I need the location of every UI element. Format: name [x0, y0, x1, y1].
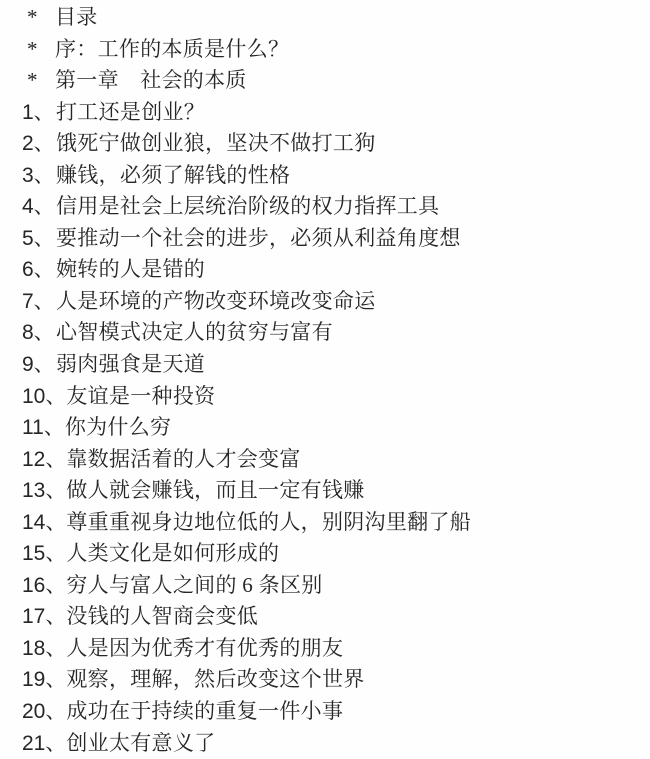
toc-item-line: 4、信用是社会上层统治阶级的权力指挥工具 — [22, 191, 642, 223]
line-text: 创业太有意义了 — [66, 731, 215, 755]
line-text: 目录 — [55, 5, 98, 29]
toc-item-line: 13、做人就会赚钱，而且一定有钱赚 — [22, 475, 642, 507]
toc-item-line: 8、心智模式决定人的贫穷与富有 — [22, 317, 642, 349]
bullet-marker: * — [27, 34, 55, 66]
item-number: 8、 — [22, 317, 56, 349]
item-number: 7、 — [22, 286, 56, 318]
line-text: 人类文化是如何形成的 — [66, 541, 279, 565]
line-text: 婉转的人是错的 — [56, 257, 205, 281]
item-number: 11、 — [22, 412, 65, 444]
line-text: 没钱的人智商会变低 — [66, 604, 258, 628]
toc-line-list: *目录*序：工作的本质是什么？*第一章 社会的本质1、打工还是创业？2、饿死宁做… — [22, 2, 642, 759]
line-text: 尊重重视身边地位低的人，别阴沟里翻了船 — [66, 510, 471, 534]
toc-item-line: 6、婉转的人是错的 — [22, 254, 642, 286]
toc-item-line: 9、弱肉强食是天道 — [22, 349, 642, 381]
line-text: 人是因为优秀才有优秀的朋友 — [66, 636, 343, 660]
toc-page: *目录*序：工作的本质是什么？*第一章 社会的本质1、打工还是创业？2、饿死宁做… — [0, 0, 650, 759]
line-text: 成功在于持续的重复一件小事 — [66, 699, 343, 723]
bullet-marker: * — [27, 2, 55, 34]
toc-item-line: 19、观察，理解，然后改变这个世界 — [22, 664, 642, 696]
toc-heading-line: *序：工作的本质是什么？ — [22, 34, 642, 66]
item-number: 10、 — [22, 381, 66, 413]
toc-item-line: 10、友谊是一种投资 — [22, 381, 642, 413]
line-text: 人是环境的产物改变环境改变命运 — [56, 289, 376, 313]
item-number: 21、 — [22, 728, 66, 759]
toc-item-line: 21、创业太有意义了 — [22, 728, 642, 759]
line-text: 观察，理解，然后改变这个世界 — [66, 667, 364, 691]
line-text: 你为什么穷 — [65, 415, 172, 439]
toc-item-line: 5、要推动一个社会的进步，必须从利益角度想 — [22, 223, 642, 255]
item-number: 18、 — [22, 633, 66, 665]
item-number: 12、 — [22, 444, 66, 476]
toc-item-line: 12、靠数据活着的人才会变富 — [22, 444, 642, 476]
item-number: 14、 — [22, 507, 66, 539]
toc-item-line: 14、尊重重视身边地位低的人，别阴沟里翻了船 — [22, 507, 642, 539]
toc-item-line: 16、穷人与富人之间的 6 条区别 — [22, 570, 642, 602]
line-text: 赚钱，必须了解钱的性格 — [56, 163, 290, 187]
item-number: 5、 — [22, 223, 56, 255]
item-number: 17、 — [22, 601, 66, 633]
item-number: 3、 — [22, 160, 56, 192]
toc-item-line: 17、没钱的人智商会变低 — [22, 601, 642, 633]
toc-item-line: 3、赚钱，必须了解钱的性格 — [22, 160, 642, 192]
toc-item-line: 20、成功在于持续的重复一件小事 — [22, 696, 642, 728]
toc-item-line: 7、人是环境的产物改变环境改变命运 — [22, 286, 642, 318]
bullet-marker: * — [27, 65, 55, 97]
item-number: 1、 — [22, 97, 56, 129]
toc-item-line: 15、人类文化是如何形成的 — [22, 538, 642, 570]
line-text: 弱肉强食是天道 — [56, 352, 205, 376]
item-number: 20、 — [22, 696, 66, 728]
line-text: 信用是社会上层统治阶级的权力指挥工具 — [56, 194, 439, 218]
line-text: 穷人与富人之间的 6 条区别 — [66, 573, 322, 597]
item-number: 19、 — [22, 664, 66, 696]
toc-heading-line: *第一章 社会的本质 — [22, 65, 642, 97]
line-text: 打工还是创业？ — [56, 100, 205, 124]
line-text: 要推动一个社会的进步，必须从利益角度想 — [56, 226, 461, 250]
line-text: 友谊是一种投资 — [66, 384, 215, 408]
toc-heading-line: *目录 — [22, 2, 642, 34]
item-number: 4、 — [22, 191, 56, 223]
item-number: 16、 — [22, 570, 66, 602]
toc-item-line: 2、饿死宁做创业狼，坚决不做打工狗 — [22, 128, 642, 160]
item-number: 15、 — [22, 538, 66, 570]
toc-item-line: 18、人是因为优秀才有优秀的朋友 — [22, 633, 642, 665]
toc-item-line: 11、你为什么穷 — [22, 412, 642, 444]
line-text: 做人就会赚钱，而且一定有钱赚 — [66, 478, 364, 502]
item-number: 13、 — [22, 475, 66, 507]
toc-item-line: 1、打工还是创业？ — [22, 97, 642, 129]
item-number: 6、 — [22, 254, 56, 286]
item-number: 9、 — [22, 349, 56, 381]
line-text: 靠数据活着的人才会变富 — [66, 447, 300, 471]
line-text: 饿死宁做创业狼，坚决不做打工狗 — [56, 131, 376, 155]
line-text: 心智模式决定人的贫穷与富有 — [56, 320, 333, 344]
line-text: 第一章 社会的本质 — [55, 68, 247, 92]
line-text: 序：工作的本质是什么？ — [55, 37, 289, 61]
item-number: 2、 — [22, 128, 56, 160]
